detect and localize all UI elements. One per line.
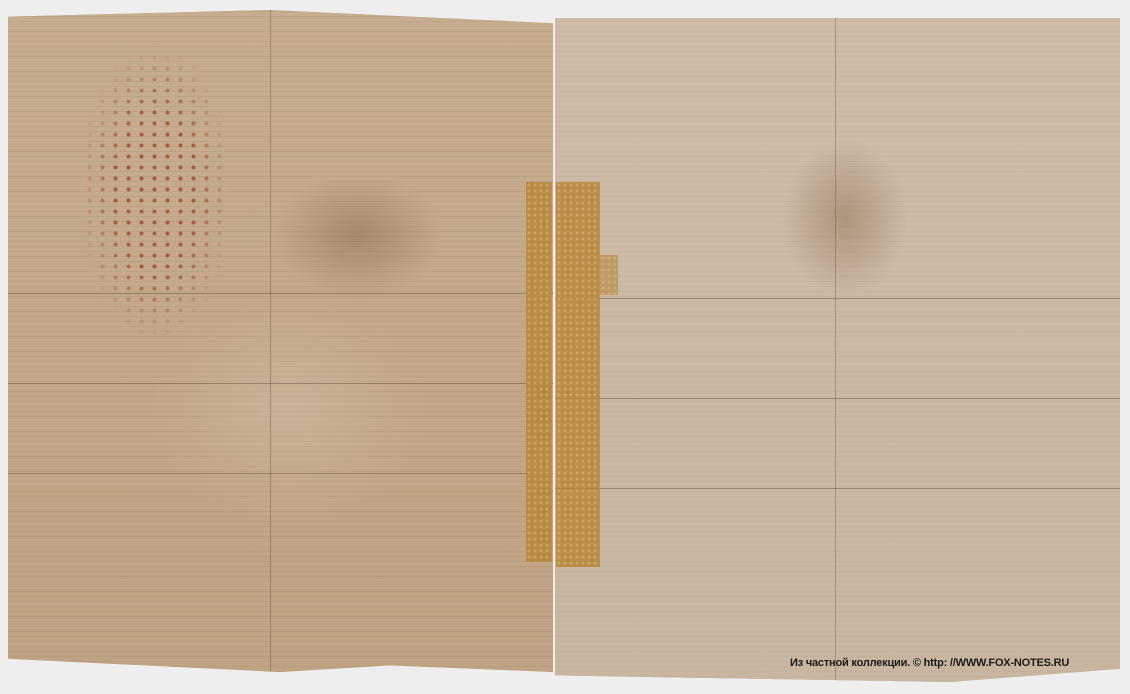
red-stain-spots	[18, 30, 248, 390]
horizontal-fold	[8, 293, 553, 294]
vertical-fold	[835, 18, 836, 682]
banknote-left-half	[8, 10, 553, 672]
repair-tape-left	[526, 182, 552, 562]
repair-tape-right	[556, 182, 600, 567]
horizontal-fold	[8, 473, 553, 474]
horizontal-fold	[8, 383, 553, 384]
repair-tape-fragment	[600, 255, 618, 295]
banknote-right-half	[555, 18, 1120, 682]
vertical-fold	[270, 10, 271, 672]
horizontal-fold	[555, 488, 1120, 489]
horizontal-fold	[555, 398, 1120, 399]
horizontal-fold	[555, 298, 1120, 299]
copyright-watermark: Из частной коллекции. © http: //WWW.FOX-…	[790, 657, 1069, 669]
